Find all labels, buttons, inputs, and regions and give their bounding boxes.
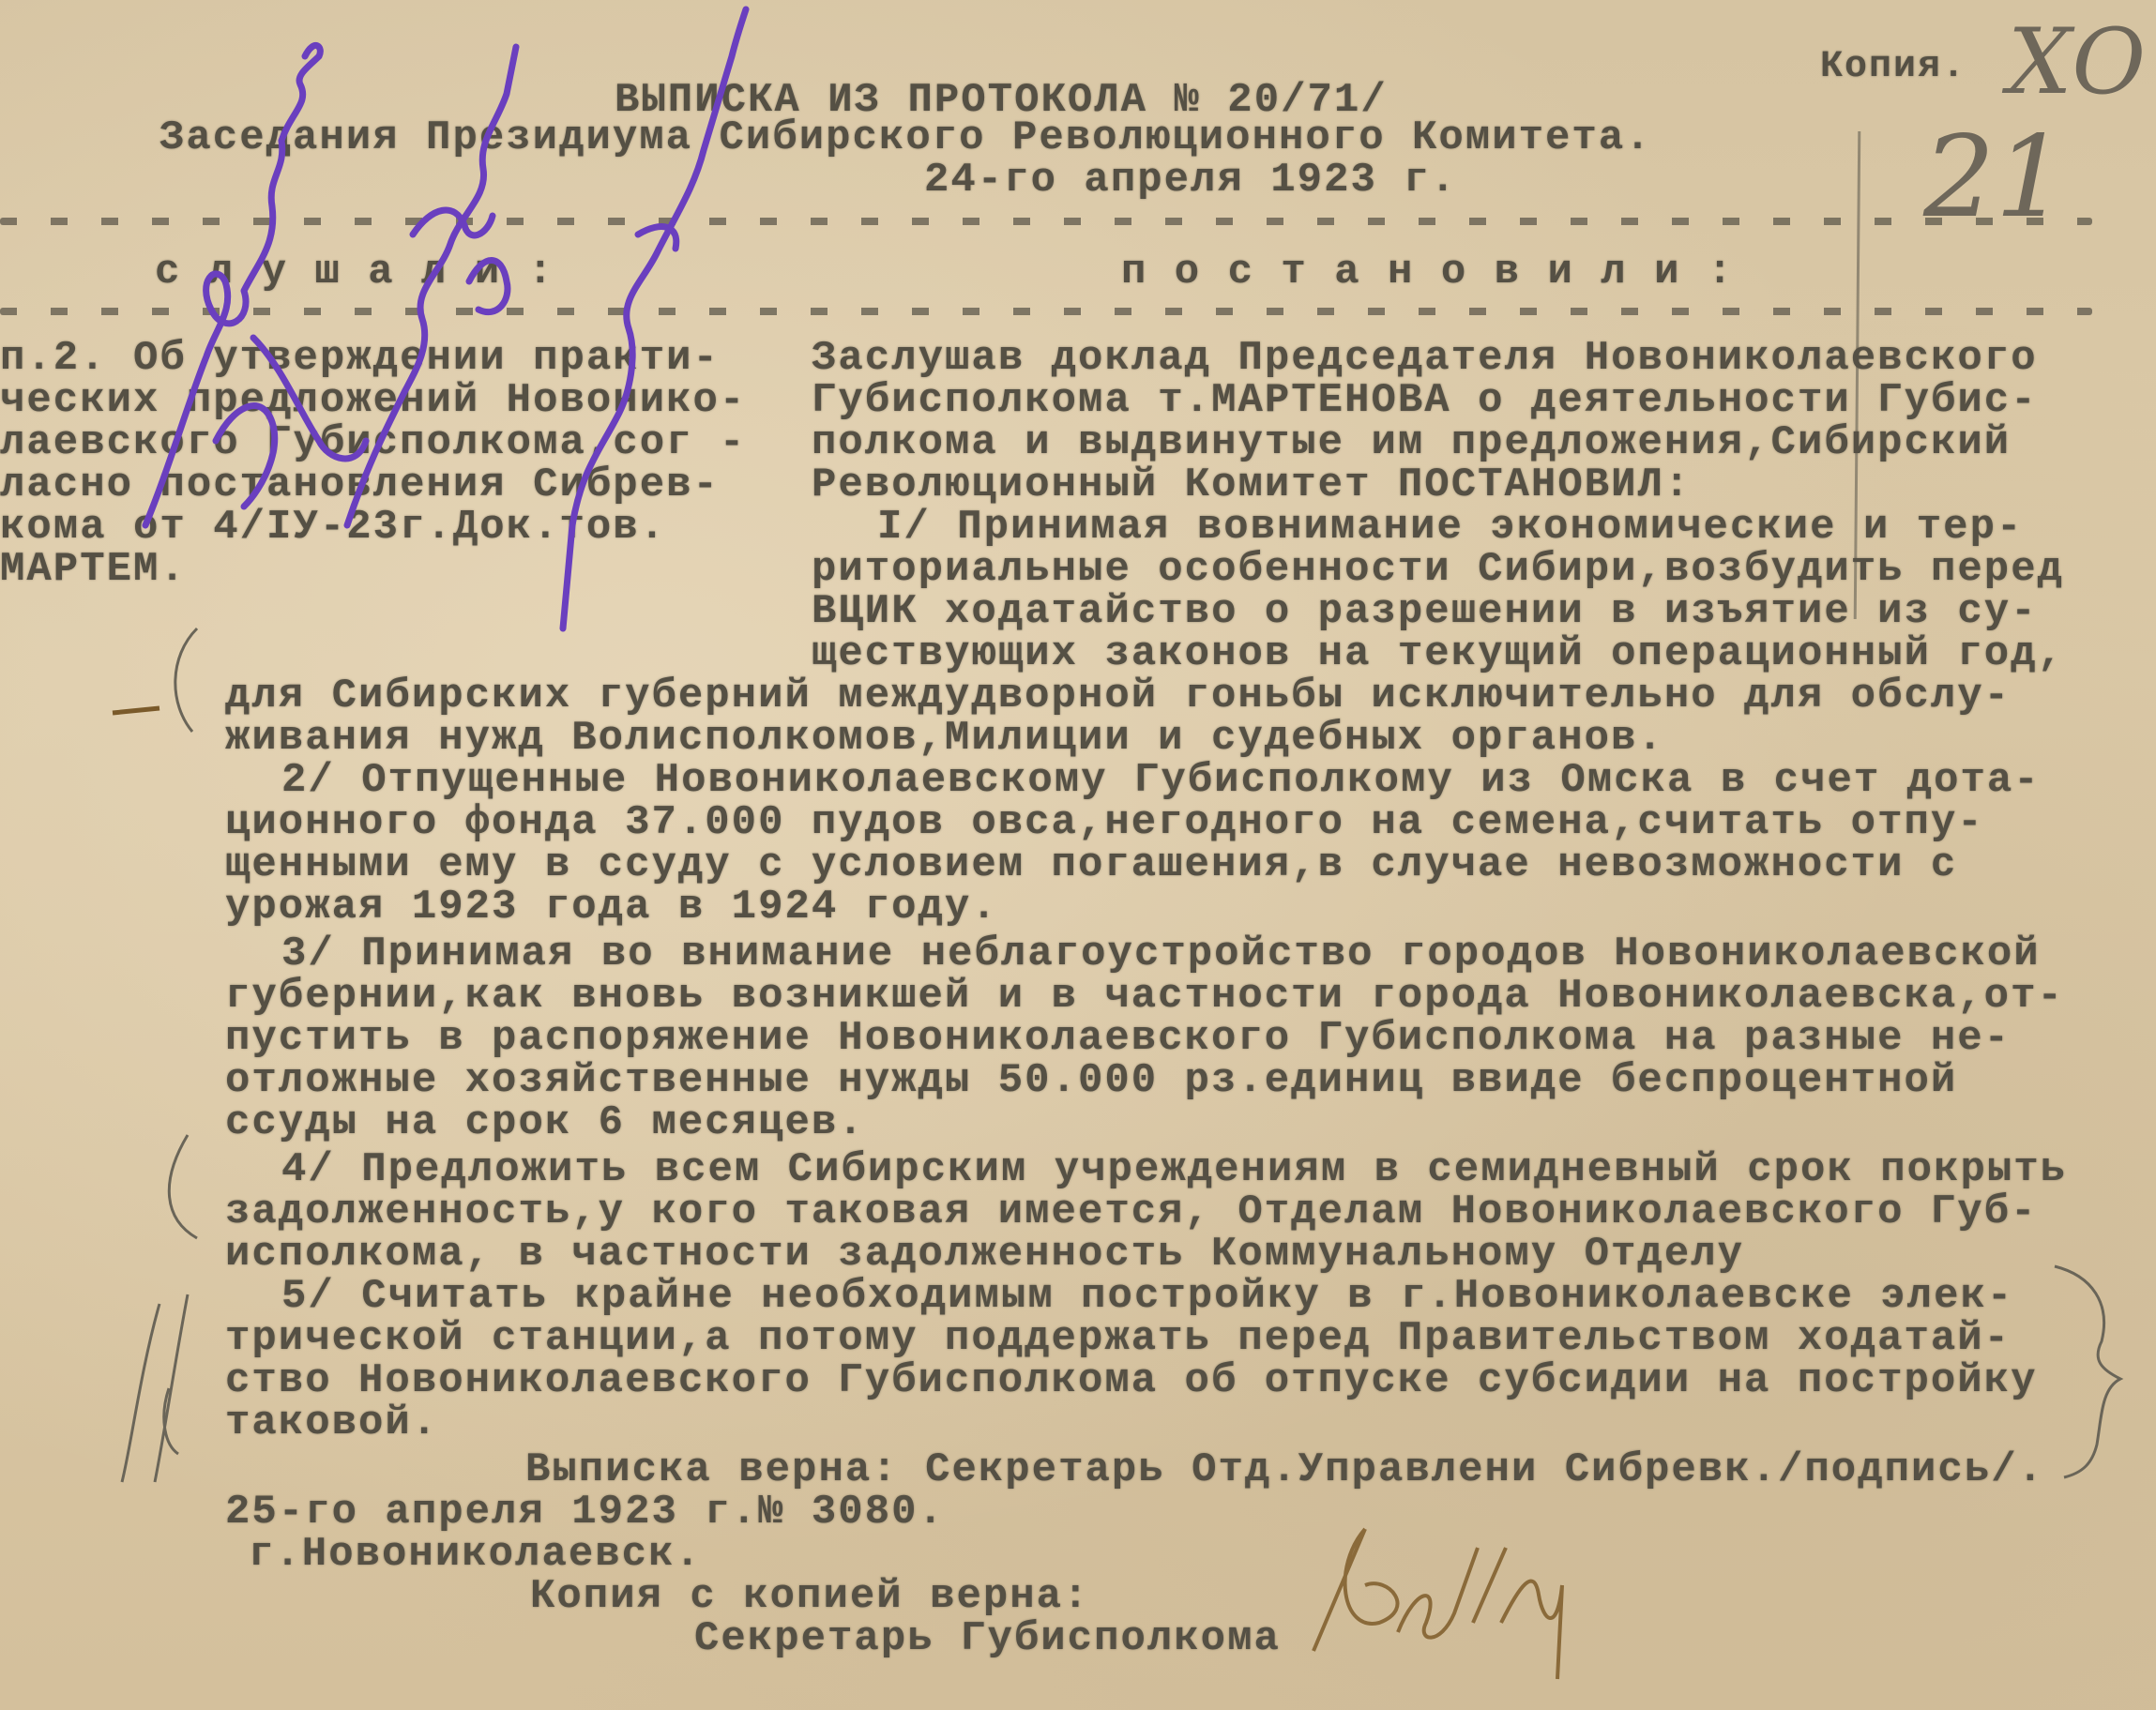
item-line: ство Новониколаевского Губисполкома об о… (225, 1360, 2038, 1401)
city: г.Новониколаевск. (249, 1534, 702, 1575)
pencil-mark-top: ХО (2008, 9, 2146, 114)
handwritten-resolution-ink (131, 0, 788, 657)
resolved-line: Революционный Комитет ПОСТАНОВИЛ: (812, 464, 1691, 506)
item-line: ционного фонда 37.000 пудов овса,негодно… (225, 802, 1984, 843)
certified-extract: Выписка верна: Секретарь Отд.Управлени С… (525, 1449, 2044, 1491)
item-line: трической станции,а потому поддержать пе… (225, 1318, 2011, 1359)
item-line: I/ Принимая вовнимание экономические и т… (877, 507, 2023, 548)
item-line: исполкома, в частности задолженность Ком… (225, 1233, 1744, 1275)
resolved-line: Заслушав доклад Председателя Новониколае… (812, 338, 2038, 379)
item-line: урожая 1923 года в 1924 году. (225, 886, 998, 928)
item-line: пустить в распоряжение Новониколаевского… (225, 1018, 2011, 1059)
item-line: отложные хозяйственные нужды 50.000 рз.е… (225, 1060, 1957, 1101)
copy-certified: Копия с копией верна: (530, 1576, 1090, 1617)
item-line: живания нужд Волисполкомов,Милиции и суд… (225, 718, 1664, 759)
item-line: ВЦИК ходатайство о разрешении в изъятие … (812, 591, 2038, 632)
item-line: щенными ему в ссуду с условием погашения… (225, 844, 1957, 885)
item-line: задолженность,у кого таковая имеется, От… (225, 1191, 2038, 1233)
signature (1276, 1510, 1614, 1698)
heading-resolved: п о с т а н о в и л и : (1121, 251, 1734, 293)
item-line: 4/ Предложить всем Сибирским учреждениям… (281, 1149, 2067, 1190)
item-line: 5/ Считать крайне необходимым постройку … (281, 1276, 2013, 1317)
pencil-margin-marks (94, 619, 338, 1491)
copy-label: Копия. (1820, 49, 1966, 86)
item-line: 2/ Отпущенные Новониколаевскому Губиспол… (281, 760, 2041, 801)
item-line: ществующих законов на текущий операционн… (812, 633, 2064, 674)
pencil-right-bracket (2045, 1257, 2139, 1482)
document-date: 24-го апреля 1923 г. (924, 159, 1457, 201)
item-line: риториальные особенности Сибири,возбудит… (812, 549, 2064, 590)
resolved-line: Губисполкома т.МАРТЕНОВА о деятельности … (812, 380, 2038, 421)
item-line: 3/ Принимая во внимание неблагоустройств… (281, 933, 2041, 975)
item-line: для Сибирских губерний междудворной гонь… (225, 675, 2011, 717)
secretary-title: Секретарь Губисполкома (694, 1618, 1281, 1659)
document-page: Копия. ХО 21 ВЫПИСКА ИЗ ПРОТОКОЛА № 20/7… (0, 0, 2156, 1710)
outgoing-date-number: 25-го апреля 1923 г.№ 3080. (225, 1491, 945, 1533)
resolved-line: полкома и выдвинутые им предложения,Сиби… (812, 422, 2011, 463)
item-line: губернии,как вновь возникшей и в частнос… (225, 976, 2064, 1017)
